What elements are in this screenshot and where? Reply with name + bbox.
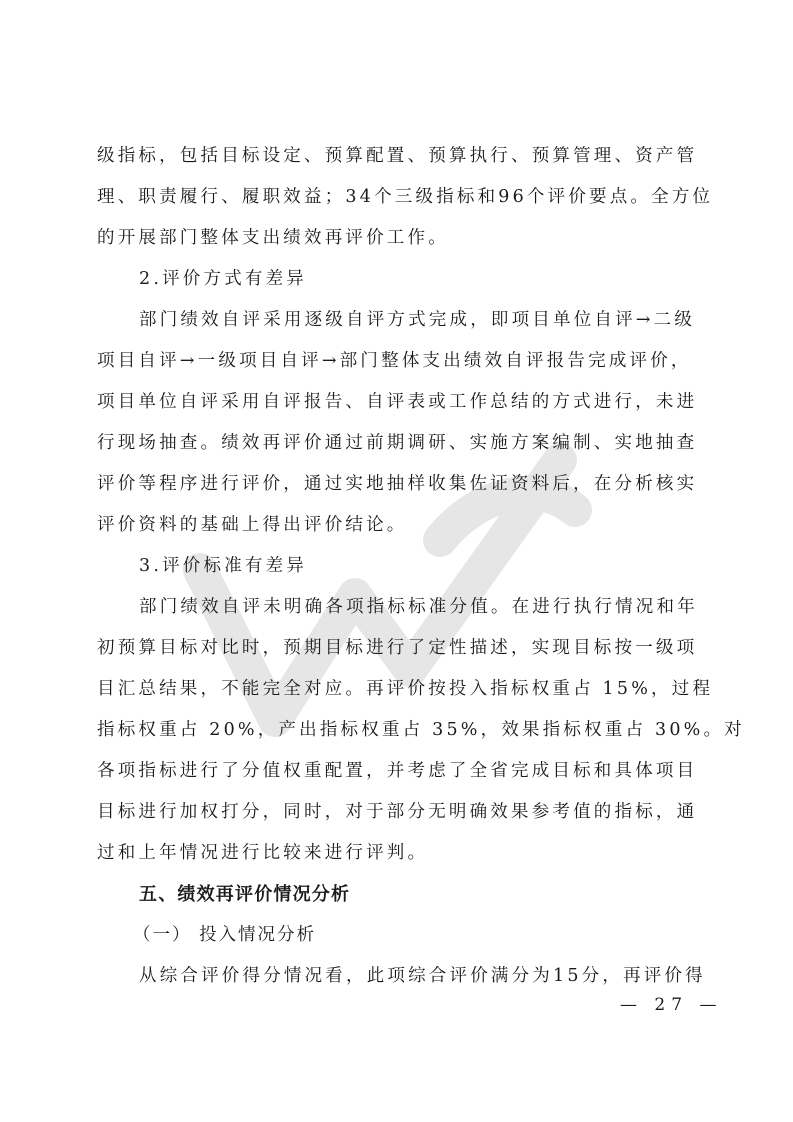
subsection-heading: （一） 投入情况分析 (97, 927, 733, 945)
body-line: 指标权重占 20%，产出指标权重占 35%，效果指标权重占 30%。对 (97, 722, 697, 740)
body-line: 从综合评价得分情况看，此项综合评价满分为15分，再评价得 (97, 968, 739, 986)
body-line: 行现场抽查。绩效再评价通过前期调研、实施方案编制、实地抽查 (97, 435, 697, 453)
body-line: 项目自评→一级项目自评→部门整体支出绩效自评报告完成评价， (97, 353, 697, 371)
body-line: 过和上年情况进行比较来进行评判。 (97, 845, 697, 863)
wps-watermark-icon (180, 420, 600, 750)
body-line: 目标进行加权打分，同时，对于部分无明确效果参考值的指标，通 (97, 804, 697, 822)
body-line: 项目单位自评采用自评报告、自评表或工作总结的方式进行，未进 (97, 394, 697, 412)
body-line: 部门绩效自评未明确各项指标标准分值。在进行执行情况和年 (97, 599, 739, 617)
page-number: — 27 — (620, 995, 722, 1015)
body-line: 部门绩效自评采用逐级自评方式完成，即项目单位自评→二级 (97, 312, 739, 330)
subheading-evaluation-method: 2.评价方式有差异 (97, 271, 739, 289)
body-line: 目汇总结果，不能完全对应。再评价按投入指标权重占 15%，过程 (97, 681, 697, 699)
section-heading: 五、绩效再评价情况分析 (97, 886, 739, 904)
subheading-evaluation-standard: 3.评价标准有差异 (97, 558, 739, 576)
body-line: 级指标，包括目标设定、预算配置、预算执行、预算管理、资产管 (97, 148, 697, 166)
body-line: 评价资料的基础上得出评价结论。 (97, 517, 697, 535)
body-line: 评价等程序进行评价，通过实地抽样收集佐证资料后，在分析核实 (97, 476, 697, 494)
body-line: 各项指标进行了分值权重配置，并考虑了全省完成目标和具体项目 (97, 763, 697, 781)
body-line: 的开展部门整体支出绩效再评价工作。 (97, 230, 697, 248)
body-line: 理、职责履行、履职效益；34个三级指标和96个评价要点。全方位 (97, 189, 697, 207)
body-line: 初预算目标对比时，预期目标进行了定性描述，实现目标按一级项 (97, 640, 697, 658)
